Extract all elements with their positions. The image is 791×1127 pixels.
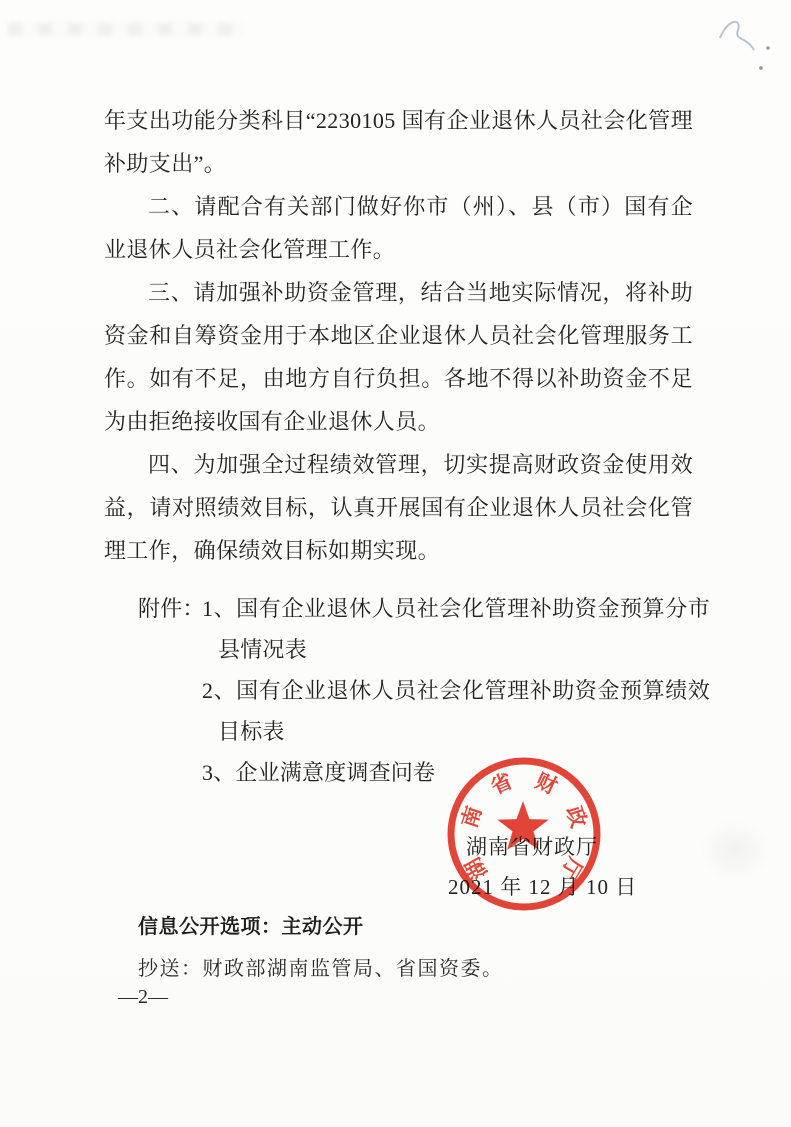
document-page: 年支出功能分类科目“2230105 国有企业退休人员社会化管理补助支出”。 二、…: [0, 0, 791, 1127]
attachment-title: 国有企业退休人员社会化管理补助资金预算分市县情况表: [218, 596, 710, 662]
scan-smudge: [700, 820, 770, 880]
seal-arc-char: 南: [457, 803, 486, 830]
attachment-item: 1、国有企业退休人员社会化管理补助资金预算分市县情况表: [202, 588, 710, 670]
page-number: —2—: [118, 986, 168, 1009]
seal-arc-char: 财: [532, 769, 561, 799]
letter-body: 年支出功能分类科目“2230105 国有企业退休人员社会化管理补助支出”。 二、…: [104, 99, 693, 572]
attachment-title: 企业满意度调查问卷: [235, 760, 435, 785]
attachment-number: 2、: [202, 678, 236, 703]
attachments-label: 附件：: [138, 588, 205, 629]
attachment-number: 3、: [202, 760, 235, 785]
official-seal: 湖 南 省 财 政 厅: [444, 754, 604, 914]
paragraph-item-3: 三、请加强补助资金管理，结合当地实际情况，将补助资金和自筹资金用于本地区企业退休…: [104, 271, 693, 443]
cc-line: 抄送：财政部湖南监管局、省国资委。: [138, 952, 504, 981]
seal-star-icon: [497, 801, 548, 850]
attachment-item: 2、国有企业退休人员社会化管理补助资金预算绩效目标表: [202, 670, 710, 752]
seal-arc-char: 省: [487, 769, 516, 799]
paragraph-continuation: 年支出功能分类科目“2230105 国有企业退休人员社会化管理补助支出”。: [104, 99, 693, 185]
scan-smudge: [8, 22, 243, 36]
seal-arc-char: 政: [562, 803, 591, 830]
attachment-title: 国有企业退休人员社会化管理补助资金预算绩效目标表: [218, 678, 710, 744]
paragraph-item-4: 四、为加强全过程绩效管理，切实提高财政资金使用效益，请对照绩效目标，认真开展国有…: [104, 443, 693, 572]
pen-scribble-mark: [700, 8, 790, 88]
disclosure-option-line: 信息公开选项：主动公开: [138, 910, 364, 939]
attachments-section: 附件： 1、国有企业退休人员社会化管理补助资金预算分市县情况表 2、国有企业退休…: [138, 588, 700, 793]
attachment-number: 1、: [202, 596, 236, 621]
paragraph-item-2: 二、请配合有关部门做好你市（州）、县（市）国有企业退休人员社会化管理工作。: [104, 185, 693, 271]
